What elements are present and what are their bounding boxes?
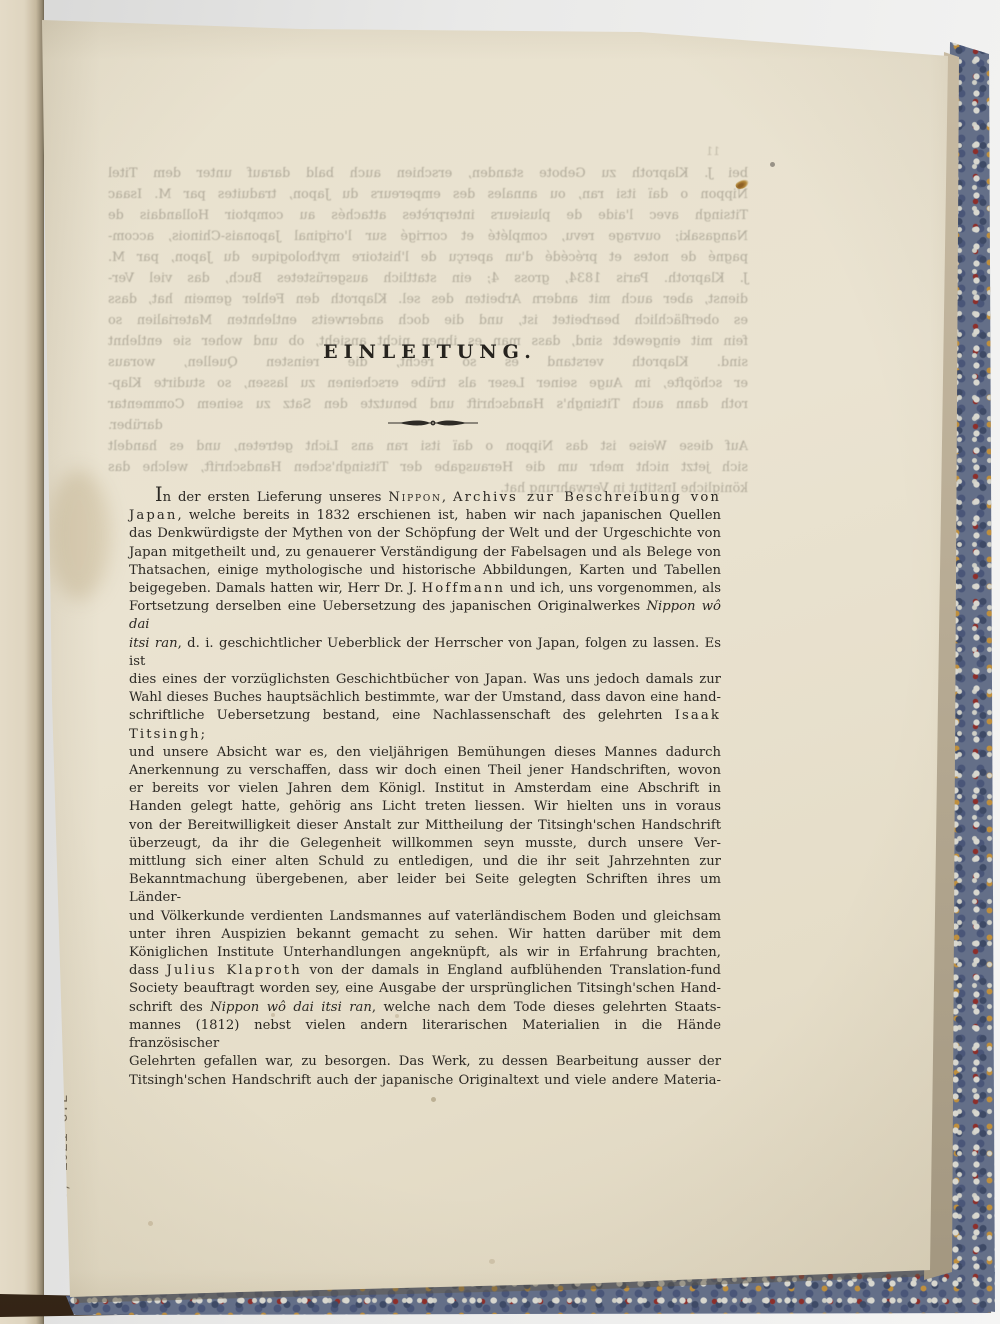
- paragraph-line: und unsere Absicht war es, den vieljähri…: [129, 744, 721, 762]
- paragraph-line: überzeugt, da ihr die Gelegenheit willko…: [129, 835, 721, 853]
- paragraph-line: mannes (1812) nebst vielen andern litera…: [129, 1017, 721, 1053]
- showthrough-line: roth dann auch Titsingh's Handschrift un…: [108, 394, 748, 415]
- foxing-spot: [148, 1221, 153, 1226]
- paragraph-line: Anerkennung zu verschaffen, dass wir doc…: [129, 762, 721, 780]
- showthrough-line: dienst, aber auch mit andern Arbeiten de…: [108, 289, 748, 310]
- paragraph-line: Titsingh'schen Handschrift auch der japa…: [129, 1072, 721, 1090]
- paragraph-line: schrift des Nippon wô dai itsi ran, welc…: [129, 999, 721, 1017]
- book-page: bei J. Klaproth zu Gebote standen, ersch…: [0, 0, 1000, 1324]
- showthrough-line: er schöpfte, im Auge seiner Leser als tr…: [108, 373, 748, 394]
- chapter-heading: EINLEITUNG.: [130, 341, 724, 363]
- introduction-paragraph: In der ersten Lieferung unseres Nippon, …: [129, 486, 721, 1090]
- showthrough-line: Nangasaki; ouvrage revu, complété et cor…: [108, 226, 748, 247]
- paragraph-line: Japan, welche bereits in 1832 erschienen…: [129, 507, 721, 525]
- showthrough-line: J. Klaproth. Paris 1834, gross 4; ein st…: [108, 268, 748, 289]
- showthrough-line: bei J. Klaproth zu Gebote standen, ersch…: [108, 163, 748, 184]
- left-page-edge: [0, 0, 44, 1324]
- paragraph-line: das Denkwürdigste der Mythen von der Sch…: [129, 525, 721, 543]
- book-photograph: bei J. Klaproth zu Gebote standen, ersch…: [0, 0, 1000, 1324]
- paragraph-line: Japan mitgetheilt und, zu genauerer Vers…: [129, 544, 721, 562]
- paragraph-line: dass Julius Klaproth von der damals in E…: [129, 962, 721, 980]
- gutter-stain: [48, 470, 110, 600]
- paragraph-line: mittlung sich einer alten Schuld zu entl…: [129, 853, 721, 871]
- foxing-spot: [431, 1097, 436, 1102]
- showthrough-text-block: bei J. Klaproth zu Gebote standen, ersch…: [108, 163, 748, 499]
- paragraph-line: Thatsachen, einige mythologische und his…: [129, 562, 721, 580]
- library-date-stamp: Nov. 30, 1921-G.L: [56, 1094, 72, 1259]
- paragraph-line: und Völkerkunde verdienten Landsmannes a…: [129, 908, 721, 926]
- paragraph-line: Gelehrten gefallen war, zu besorgen. Das…: [129, 1053, 721, 1071]
- divider-ornament: [387, 416, 479, 430]
- paragraph-line: dies eines der vorzüglichsten Geschichtb…: [129, 671, 721, 689]
- paragraph-line: Society beauftragt worden sey, eine Ausg…: [129, 980, 721, 998]
- showthrough-line: Titsingh avec l'aide de plusieurs interp…: [108, 205, 748, 226]
- paragraph-line: Königlichen Institute Unterhandlungen an…: [129, 944, 721, 962]
- paragraph-line: beigegeben. Damals hatten wir, Herr Dr. …: [129, 580, 721, 598]
- showthrough-line: Nippon o daï itsi ran, ou annales des em…: [108, 184, 748, 205]
- paragraph-line: schriftliche Uebersetzung bestand, eine …: [129, 707, 721, 743]
- showthrough-page-number: 11: [706, 145, 720, 158]
- showthrough-line: es oberflächlich bearbeitet ist, und die…: [108, 310, 748, 331]
- paragraph-line: Bekanntmachung übergebenen, aber leider …: [129, 871, 721, 907]
- paragraph-line: Wahl dieses Buches hauptsächlich bestimm…: [129, 689, 721, 707]
- showthrough-line: Auf diese Weise ist das Nippon o daï its…: [108, 436, 748, 457]
- paragraph-line: er bereits vor vielen Jahren dem Königl.…: [129, 780, 721, 798]
- paragraph-line: Fortsetzung derselben eine Uebersetzung …: [129, 598, 721, 634]
- foxing-spot: [489, 1259, 495, 1264]
- paragraph-line: In der ersten Lieferung unseres Nippon, …: [129, 486, 721, 507]
- paragraph-line: unter ihren Auspizien bekannt gemacht zu…: [129, 926, 721, 944]
- paragraph-line: Handen gelegt hatte, gehörig ans Licht t…: [129, 798, 721, 816]
- showthrough-line: pagné de notes et précédé d'un aperçu de…: [108, 247, 748, 268]
- paragraph-line: itsi ran, d. i. geschichtlicher Ueberbli…: [129, 635, 721, 671]
- showthrough-line: sich jetzt nicht mehr um die Herausgabe …: [108, 457, 748, 478]
- paragraph-line: von der Bereitwilligkeit dieser Anstalt …: [129, 817, 721, 835]
- foxing-spot: [770, 162, 775, 167]
